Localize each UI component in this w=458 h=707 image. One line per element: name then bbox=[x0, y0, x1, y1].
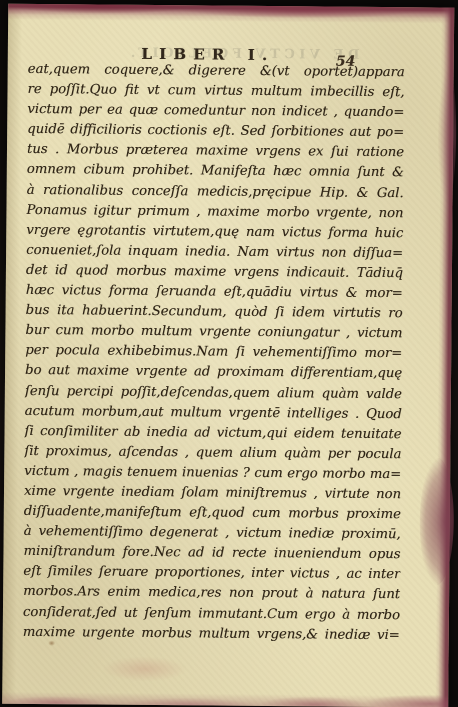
text-line: omnem cibum prohibet. Manifeſta hæc omni… bbox=[27, 160, 404, 183]
text-line: acutum morbum,aut multum vrgentē intelli… bbox=[25, 401, 402, 424]
dye-stain-blotch-small bbox=[438, 65, 457, 205]
text-line: à rationalibus conceſſa medicis,pręcipue… bbox=[27, 180, 404, 203]
text-line: morbos.Ars enim medica,res non prout à n… bbox=[23, 582, 400, 605]
text-line: ſenſu percipi poſſit,deſcendas,quem aliu… bbox=[25, 381, 402, 404]
text-line: bo aut maxime vrgente ad proximam differ… bbox=[25, 361, 402, 384]
text-block: eat,quem coquere,& digerere &(vt oportet… bbox=[23, 60, 405, 646]
red-dyed-bottom-edge bbox=[2, 684, 448, 707]
text-line: conſiderat,ſed ut ſenſum immutant.Cum er… bbox=[23, 602, 400, 625]
book-page: DE VICTV FOELICIT. LIBER I. 54 eat,quem … bbox=[2, 4, 454, 707]
scan-background: DE VICTV FOELICIT. LIBER I. 54 eat,quem … bbox=[0, 0, 458, 707]
red-dyed-top-edge bbox=[8, 4, 454, 24]
text-line: maxime urgente morbus multum vrgens,& in… bbox=[23, 623, 400, 646]
